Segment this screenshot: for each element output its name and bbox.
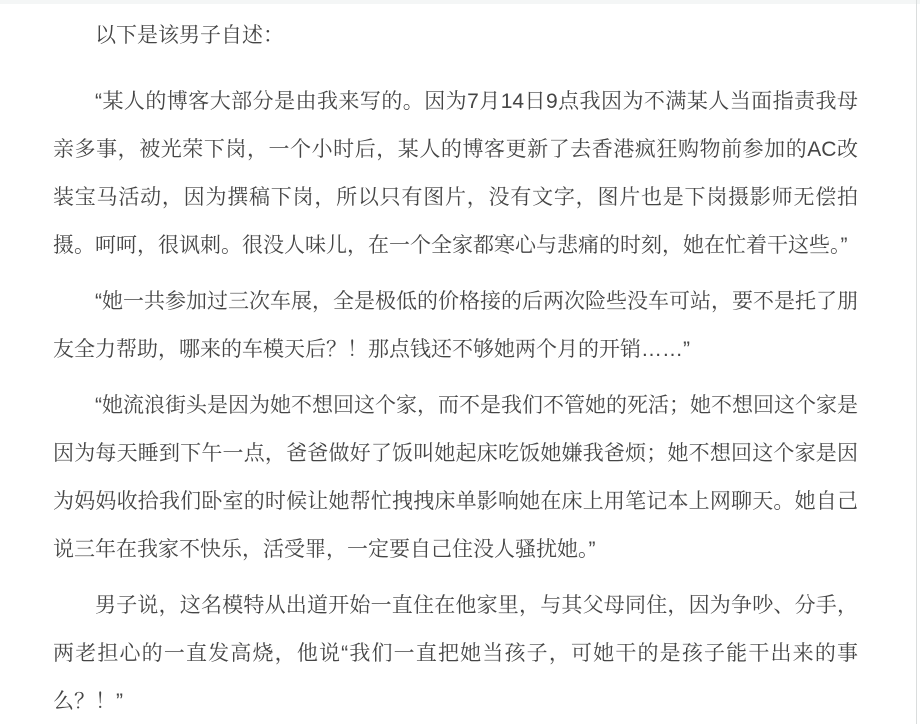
- top-edge-strip: [0, 0, 920, 4]
- article-page: 以下是该男子自述： “某人的博客大部分是由我来写的。因为7月14日9点我因为不满…: [0, 0, 920, 724]
- article-intro-line: 以下是该男子自述：: [53, 12, 858, 60]
- article-paragraph-3: “她流浪街头是因为她不想回这个家，而不是我们不管她的死活；她不想回这个家是因为每…: [53, 382, 858, 574]
- article-paragraph-4: 男子说，这名模特从出道开始一直住在他家里，与其父母同住，因为争吵、分手，两老担心…: [53, 582, 858, 724]
- article-paragraph-2: “她一共参加过三次车展，全是极低的价格接的后两次险些没车可站，要不是托了朋友全力…: [53, 278, 858, 374]
- right-edge-rule: [916, 0, 917, 724]
- article-body: 以下是该男子自述： “某人的博客大部分是由我来写的。因为7月14日9点我因为不满…: [0, 0, 920, 724]
- article-paragraph-1: “某人的博客大部分是由我来写的。因为7月14日9点我因为不满某人当面指责我母亲多…: [53, 78, 858, 270]
